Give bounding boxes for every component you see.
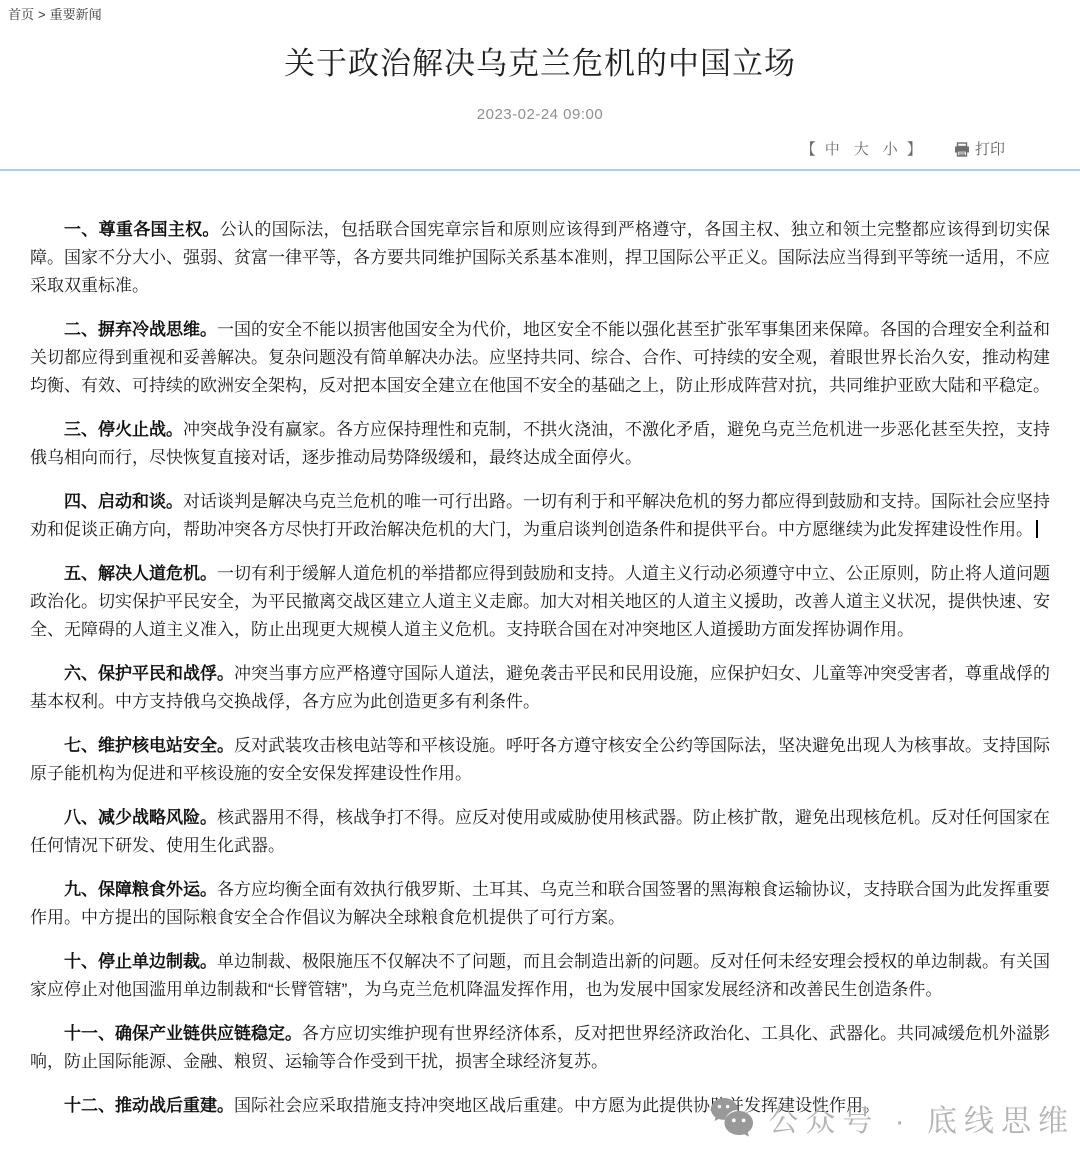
printer-icon bbox=[954, 141, 975, 158]
paragraph-lead: 十一、确保产业链供应链稳定。 bbox=[64, 1024, 302, 1043]
publish-date: 2023-02-24 09:00 bbox=[0, 106, 1080, 123]
article-header: 关于政治解决乌克兰危机的中国立场 2023-02-24 09:00 bbox=[0, 44, 1080, 123]
paragraph-6: 六、保护平民和战俘。冲突当事方应严格遵守国际人道法，避免袭击平民和民用设施，应保… bbox=[30, 660, 1050, 716]
paragraph-3: 三、停火止战。冲突战争没有赢家。各方应保持理性和克制，不拱火浇油，不激化矛盾，避… bbox=[30, 416, 1050, 472]
paragraph-lead: 十、停止单边制裁。 bbox=[64, 952, 217, 971]
paragraph-11: 十一、确保产业链供应链稳定。各方应切实维护现有世界经济体系，反对把世界经济政治化… bbox=[30, 1020, 1050, 1076]
font-size-large-button[interactable]: 大 bbox=[854, 141, 869, 158]
article-body: 一、尊重各国主权。公认的国际法，包括联合国宪章宗旨和原则应该得到严格遵守，各国主… bbox=[0, 171, 1080, 1120]
paragraph-7: 七、维护核电站安全。反对武装攻击核电站等和平核设施。呼吁各方遵守核安全公约等国际… bbox=[30, 732, 1050, 788]
page: { "breadcrumb": { "items": [ { "label": … bbox=[0, 0, 1080, 1168]
font-size-close-bracket: 】 bbox=[907, 141, 922, 158]
paragraph-10: 十、停止单边制裁。单边制裁、极限施压不仅解决不了问题，而且会制造出新的问题。反对… bbox=[30, 948, 1050, 1004]
breadcrumb-section-link[interactable]: 重要新闻 bbox=[50, 7, 102, 22]
article-toolbar: 【中大小】 打印 bbox=[0, 137, 1080, 163]
paragraph-lead: 八、减少战略风险。 bbox=[64, 808, 217, 827]
paragraph-lead: 三、停火止战。 bbox=[64, 420, 183, 439]
paragraph-lead: 五、解决人道危机。 bbox=[64, 564, 217, 583]
paragraph-12: 十二、推动战后重建。国际社会应采取措施支持冲突地区战后重建。中方愿为此提供协助并… bbox=[30, 1092, 1050, 1120]
paragraph-lead: 一、尊重各国主权。 bbox=[64, 220, 220, 239]
paragraph-9: 九、保障粮食外运。各方应均衡全面有效执行俄罗斯、土耳其、乌克兰和联合国签署的黑海… bbox=[30, 876, 1050, 932]
paragraph-lead: 七、维护核电站安全。 bbox=[64, 736, 234, 755]
print-button-label: 打印 bbox=[975, 141, 1005, 158]
paragraph-lead: 九、保障粮食外运。 bbox=[64, 880, 217, 899]
paragraph-2: 二、摒弃冷战思维。一国的安全不能以损害他国安全为代价，地区安全不能以强化甚至扩张… bbox=[30, 316, 1050, 400]
paragraph-8: 八、减少战略风险。核武器用不得，核战争打不得。应反对使用或威胁使用核武器。防止核… bbox=[30, 804, 1050, 860]
print-button[interactable]: 打印 bbox=[954, 137, 1005, 163]
paragraph-lead: 六、保护平民和战俘。 bbox=[64, 664, 234, 683]
paragraph-4: 四、启动和谈。对话谈判是解决乌克兰危机的唯一可行出路。一切有利于和平解决危机的努… bbox=[30, 488, 1050, 544]
paragraph-5: 五、解决人道危机。一切有利于缓解人道危机的举措都应得到鼓励和支持。人道主义行动必… bbox=[30, 560, 1050, 644]
breadcrumb-separator: > bbox=[38, 7, 46, 22]
breadcrumb: 首页>重要新闻 bbox=[0, 0, 1080, 22]
breadcrumb-home-link[interactable]: 首页 bbox=[8, 7, 34, 22]
paragraph-lead: 二、摒弃冷战思维。 bbox=[64, 320, 217, 339]
paragraph-lead: 十二、推动战后重建。 bbox=[64, 1096, 234, 1115]
text-caret bbox=[1036, 520, 1038, 538]
paragraph-1: 一、尊重各国主权。公认的国际法，包括联合国宪章宗旨和原则应该得到严格遵守，各国主… bbox=[30, 216, 1050, 300]
page-title: 关于政治解决乌克兰危机的中国立场 bbox=[0, 44, 1080, 84]
paragraph-lead: 四、启动和谈。 bbox=[64, 492, 183, 511]
font-size-medium-button[interactable]: 中 bbox=[825, 141, 840, 158]
font-size-open-bracket: 【 bbox=[801, 141, 816, 158]
font-size-small-button[interactable]: 小 bbox=[883, 141, 898, 158]
